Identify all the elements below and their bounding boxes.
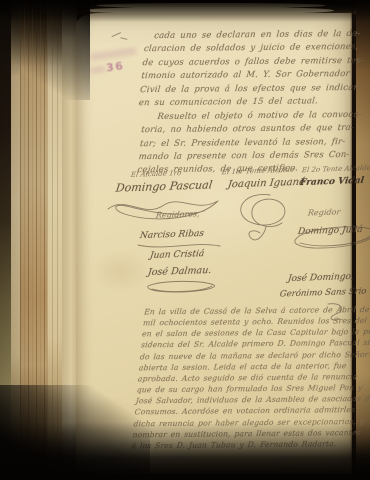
signature-jose-domingo: José Domingo, — [287, 272, 354, 284]
archive-stamp: 36 — [88, 45, 148, 86]
text-line: mando la presente con los demás Sres Con… — [138, 149, 358, 165]
paragraph-3: En la villa de Cassá de la Selva á cator… — [131, 304, 370, 452]
manuscript-photo: 36 cada uno se declaran en los dias de l… — [0, 0, 370, 480]
text-line: á los Sres D. Juan Tubau y D. Fernando R… — [131, 438, 370, 452]
signature-teniente-2: Franco Vidal — [299, 176, 364, 188]
rubric-regidor-3 — [142, 278, 220, 294]
signature-alcalde: Domingo Pascual — [115, 178, 213, 194]
stamp-number: 36 — [105, 59, 125, 74]
book-edge-layer-5 — [62, 0, 77, 480]
rubric-regidor-1 — [136, 240, 222, 250]
label-regidores-left: Regidores, — [155, 209, 200, 220]
signature-regidor-right: Domingo Juliá — [297, 225, 363, 237]
signature-regidor-3: José Dalmau. — [147, 265, 212, 278]
book-edge-layer-3 — [20, 0, 47, 480]
signature-teniente-1: Joaquin Iguané — [227, 177, 306, 191]
manuscript-page: 36 cada uno se declaran en los dias de l… — [76, 13, 352, 474]
label-regidor-right: Regidor — [307, 207, 340, 217]
stamp-smudge — [90, 66, 106, 74]
title-alcalde: El Alcalde 1ro — [130, 169, 181, 179]
paragraph-1: cada uno se declaran en los dias de la d… — [138, 28, 367, 111]
stamp-smudge — [90, 47, 137, 60]
book-edge-layer-4 — [47, 0, 62, 480]
book-edge-layer-1 — [0, 0, 11, 480]
pencil-mark — [120, 37, 128, 43]
signature-regidor-2: Juan Cristiá — [149, 249, 204, 261]
text-line: Civil de la prova á los efectos que se i… — [139, 81, 361, 97]
rubric-teniente-1 — [226, 189, 304, 251]
book-edge-layer-2 — [11, 0, 20, 480]
signature-regidor-1: Narciso Ribas — [139, 229, 204, 241]
signature-secretary: Gerónimo Sans Srio — [279, 286, 367, 299]
